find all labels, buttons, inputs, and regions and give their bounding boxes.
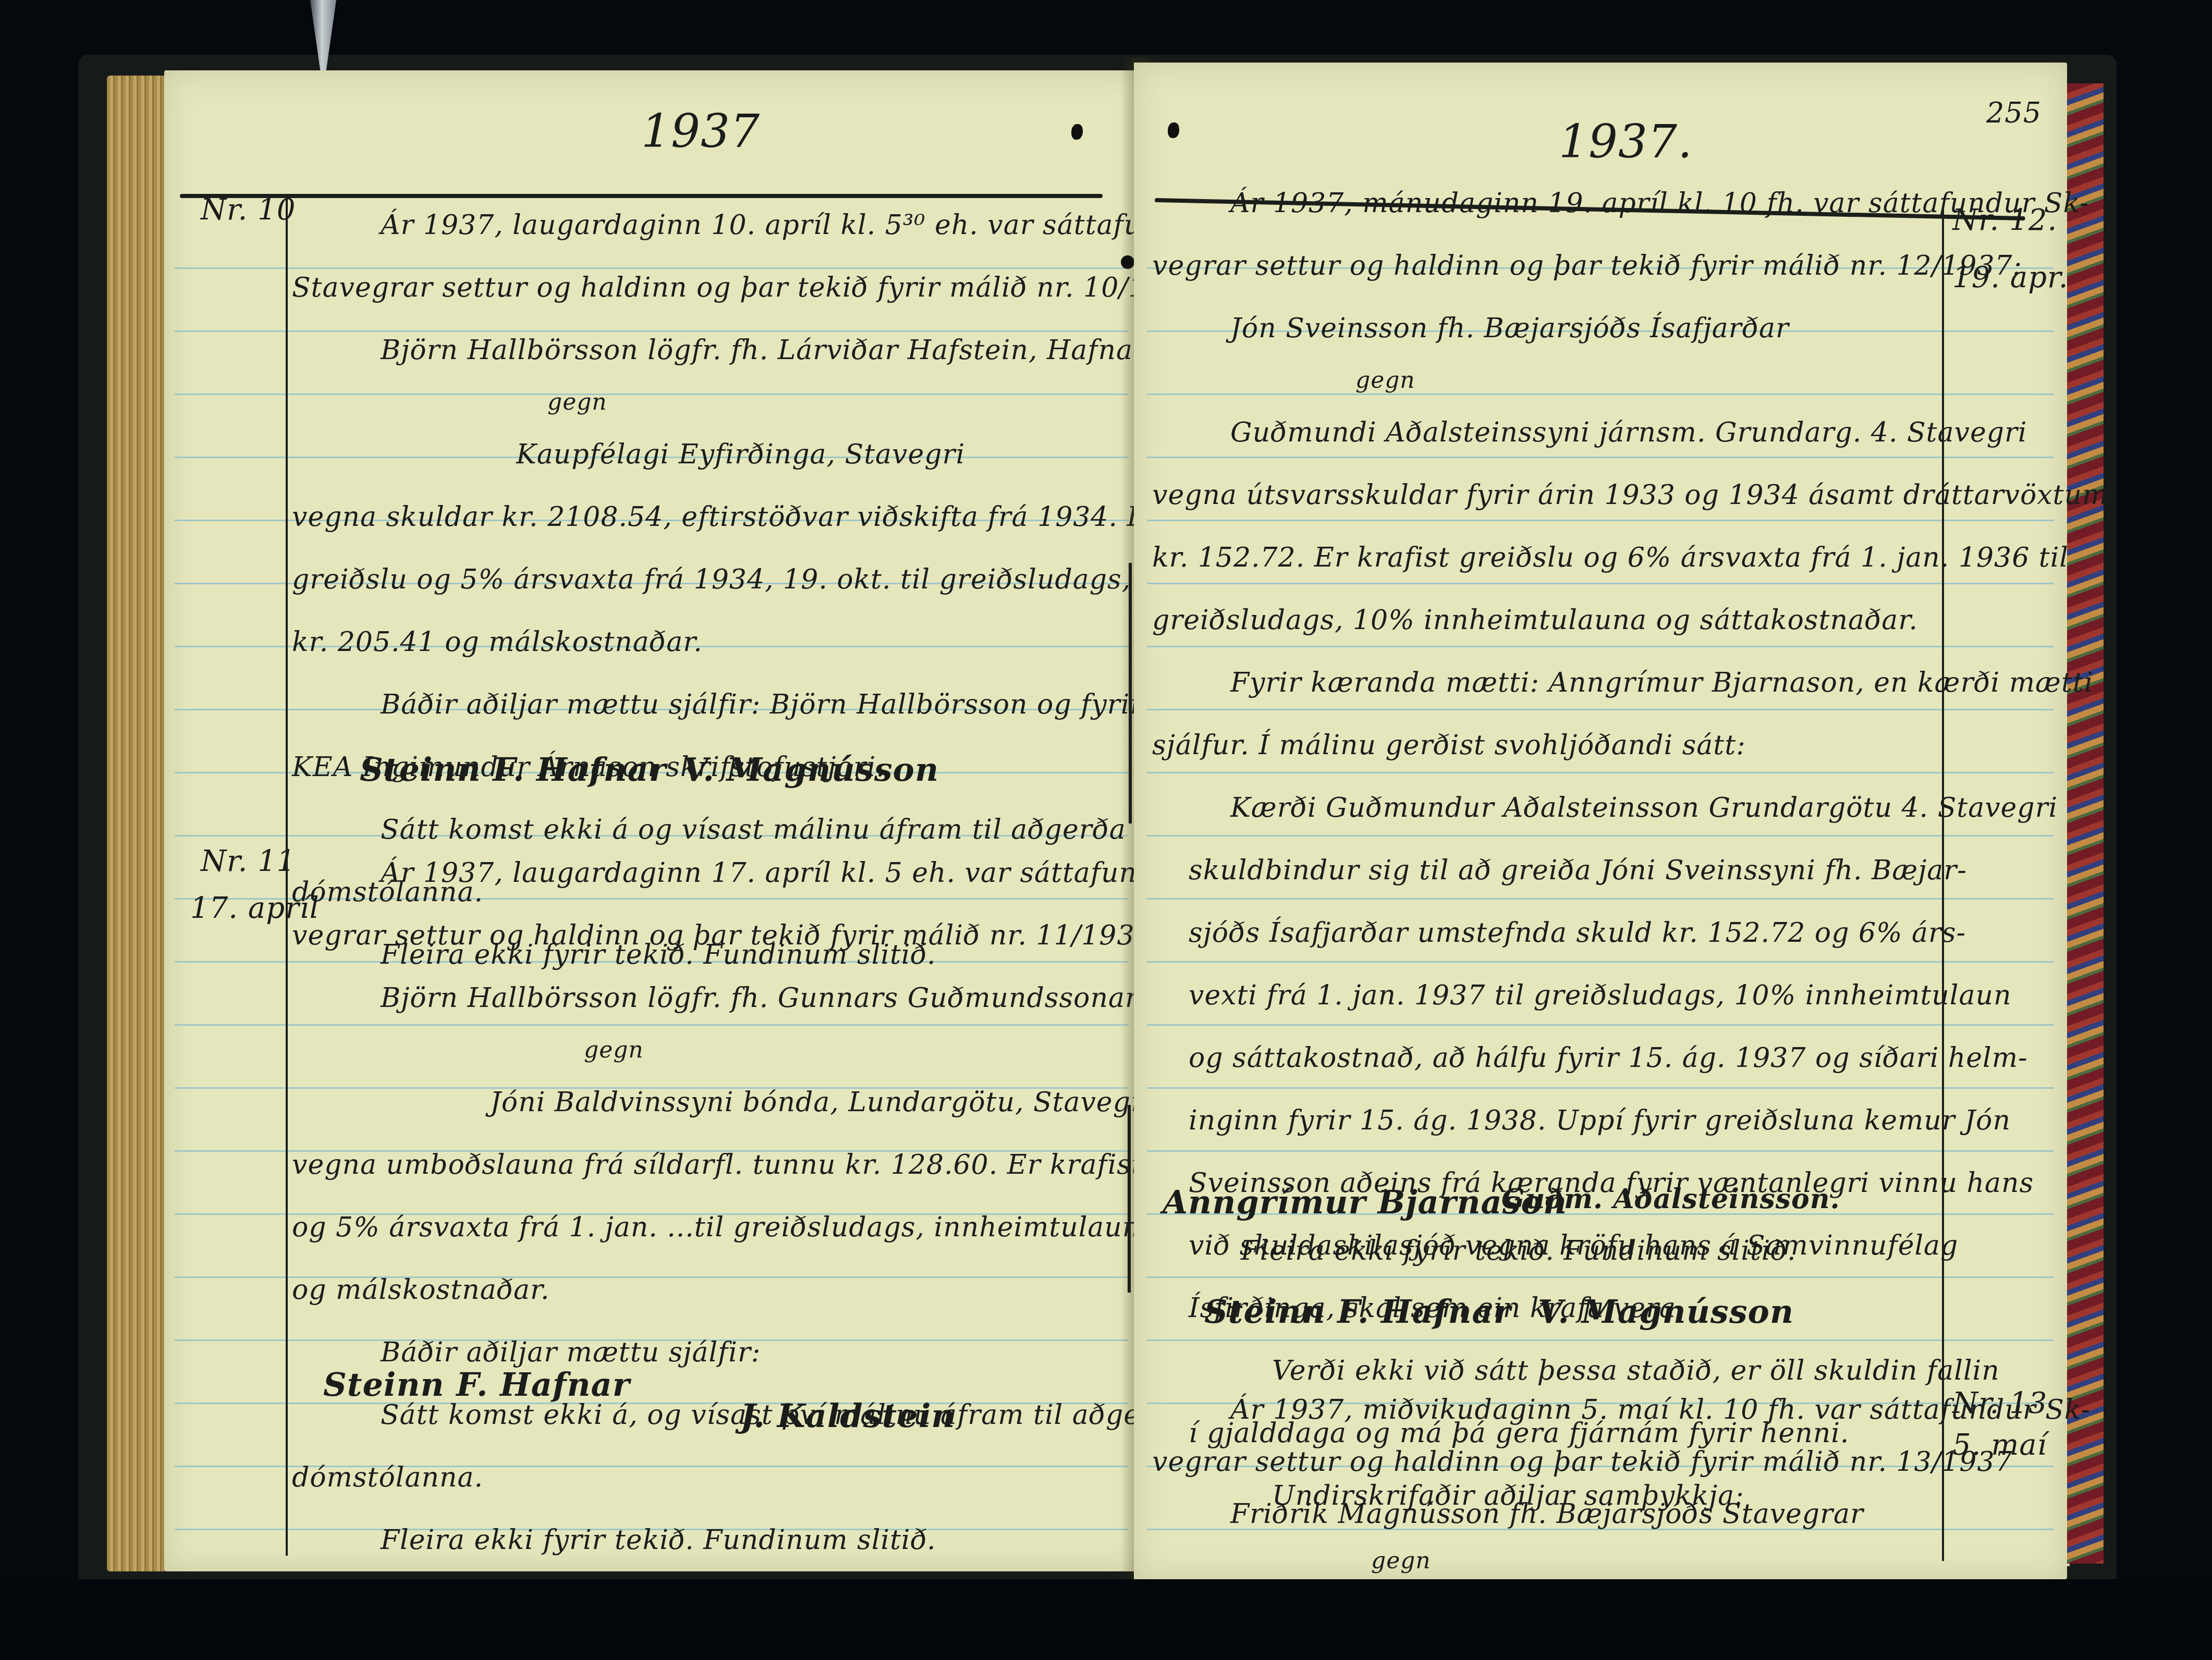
binding-hole: [1168, 122, 1179, 138]
page-number: 255: [1986, 96, 2042, 129]
entry-line: vegna skuldar kr. 2108.54, eftirstöðvar …: [292, 486, 1105, 548]
entry-line: vegna útsvarsskuldar fyrir árin 1933 og …: [1152, 464, 1939, 526]
entry-line: sjóðs Ísafjarðar umstefnda skuld kr. 152…: [1152, 902, 1939, 964]
signature: Steinn F. Hafnar: [1204, 1293, 1511, 1331]
entry-line: Báðir aðiljar mættu sjálfir: Björn Hallb…: [292, 673, 1105, 736]
signature: J. Kaldstein: [740, 1397, 955, 1435]
entry-line: og sáttakostnað, að hálfu fyrir 15. ág. …: [1152, 1027, 1939, 1089]
entry-line-gegn: gegn: [292, 382, 1105, 423]
closing-line: Fleira ekki fyrir tekið. Fundinum slitið…: [1241, 1220, 1796, 1282]
entry-line: greiðslu og 5% ársvaxta frá 1934, 19. ok…: [292, 548, 1105, 611]
entry-line: Fyrir kæranda mætti: Anngrímur Bjarnason…: [1152, 651, 1939, 714]
signature: Steinn F. Hafnar: [323, 1366, 630, 1404]
binding-hole: [1121, 255, 1134, 269]
entry-line: sjálfur. Í málinu gerðist svohljóðandi s…: [1152, 714, 1939, 777]
page-stack-edge-left: [107, 76, 164, 1571]
entry-line: dómstólanna.: [292, 1446, 1105, 1509]
signature: V. Magnússon: [1538, 1293, 1794, 1331]
signature: Guðm. Aðalsteinsson.: [1501, 1183, 1840, 1215]
entry-line: skuldbindur sig til að greiða Jóni Svein…: [1152, 839, 1939, 902]
entry-line: kr. 152.72. Er krafist greiðslu og 6% ár…: [1152, 526, 1939, 589]
entry-nr13-body: Ár 1937, miðvikudaginn 5. maí kl. 10 fh.…: [1152, 1384, 1939, 1582]
entry-line: Friðrik Magnússon fh. Bæjarsjóðs Stavegr…: [1152, 1488, 1939, 1540]
entry-line: Stavegrar settur og haldinn og þar tekið…: [292, 256, 1105, 319]
entry-line: og málskostnaðar.: [292, 1259, 1105, 1321]
entry-line: Björn Hallbörsson lögfr. fh. Gunnars Guð…: [292, 967, 1105, 1029]
signature: V. Magnússon: [683, 751, 939, 789]
entry-line: Ár 1937, mánudaginn 19. apríl kl. 10 fh.…: [1152, 172, 1939, 235]
entry-line: vexti frá 1. jan. 1937 til greiðsludags,…: [1152, 964, 1939, 1027]
entry-line: vegrar settur og haldinn og þar tekið fy…: [292, 904, 1105, 967]
entry-line: Ár 1937, miðvikudaginn 5. maí kl. 10 fh.…: [1152, 1384, 1939, 1436]
background-bottom: [0, 1579, 2212, 1660]
entry-line: Guðmundi Aðalsteinssyni járnsm. Grundarg…: [1152, 401, 1939, 464]
entry-line: Kærði Guðmundur Aðalsteinsson Grundargöt…: [1152, 777, 1939, 839]
entry-line: og 5% ársvaxta frá 1. jan. ...til greiðs…: [292, 1196, 1105, 1259]
binding-thread: [1128, 1105, 1131, 1293]
entry-line: vegrar settur og haldinn og þar tekið fy…: [1152, 1436, 1939, 1488]
entry-line: Björn Hallbörsson lögfr. fh. Lárviðar Ha…: [292, 319, 1105, 382]
entry-line-gegn: gegn: [292, 1029, 1105, 1071]
binding-hole: [1071, 124, 1083, 140]
left-year-heading: 1937: [641, 104, 760, 158]
case-number: Nr. 10: [201, 193, 296, 227]
entry-line: Ár 1937, laugardaginn 10. apríl kl. 5³⁰ …: [292, 194, 1105, 256]
entry-line: vegrar settur og haldinn og þar tekið fy…: [1152, 235, 1939, 297]
case-number: Nr. 11: [201, 844, 296, 878]
entry-line: greiðsludags, 10% innheimtulauna og sátt…: [1152, 589, 1939, 651]
entry-line: Jón Sveinsson fh. Bæjarsjóðs Ísafjarðar: [1152, 297, 1939, 360]
entry-line: inginn fyrir 15. ág. 1938. Uppí fyrir gr…: [1152, 1089, 1939, 1152]
entry-line: Jóni Baldvinssyni bónda, Lundargötu, Sta…: [292, 1071, 1105, 1134]
right-year-heading: 1937.: [1559, 115, 1693, 168]
entry-line: vegna umboðslauna frá síldarfl. tunnu kr…: [292, 1134, 1105, 1196]
marbled-edge: [2067, 83, 2104, 1564]
entry-line: Ár 1937, laugardaginn 17. apríl kl. 5 eh…: [292, 842, 1105, 904]
signature: Steinn F. Hafnar: [360, 751, 666, 789]
entry-line-gegn: gegn: [1152, 360, 1939, 401]
binding-thread: [1129, 563, 1132, 823]
entry-nr11-body: Ár 1937, laugardaginn 17. apríl kl. 5 eh…: [292, 842, 1105, 1571]
entry-line: kr. 205.41 og málskostnaðar.: [292, 611, 1105, 673]
entry-line: Fleira ekki fyrir tekið. Fundinum slitið…: [292, 1509, 1105, 1571]
entry-line: Kaupfélagi Eyfirðinga, Stavegri: [292, 423, 1105, 486]
entry-line-gegn: gegn: [1152, 1540, 1939, 1582]
